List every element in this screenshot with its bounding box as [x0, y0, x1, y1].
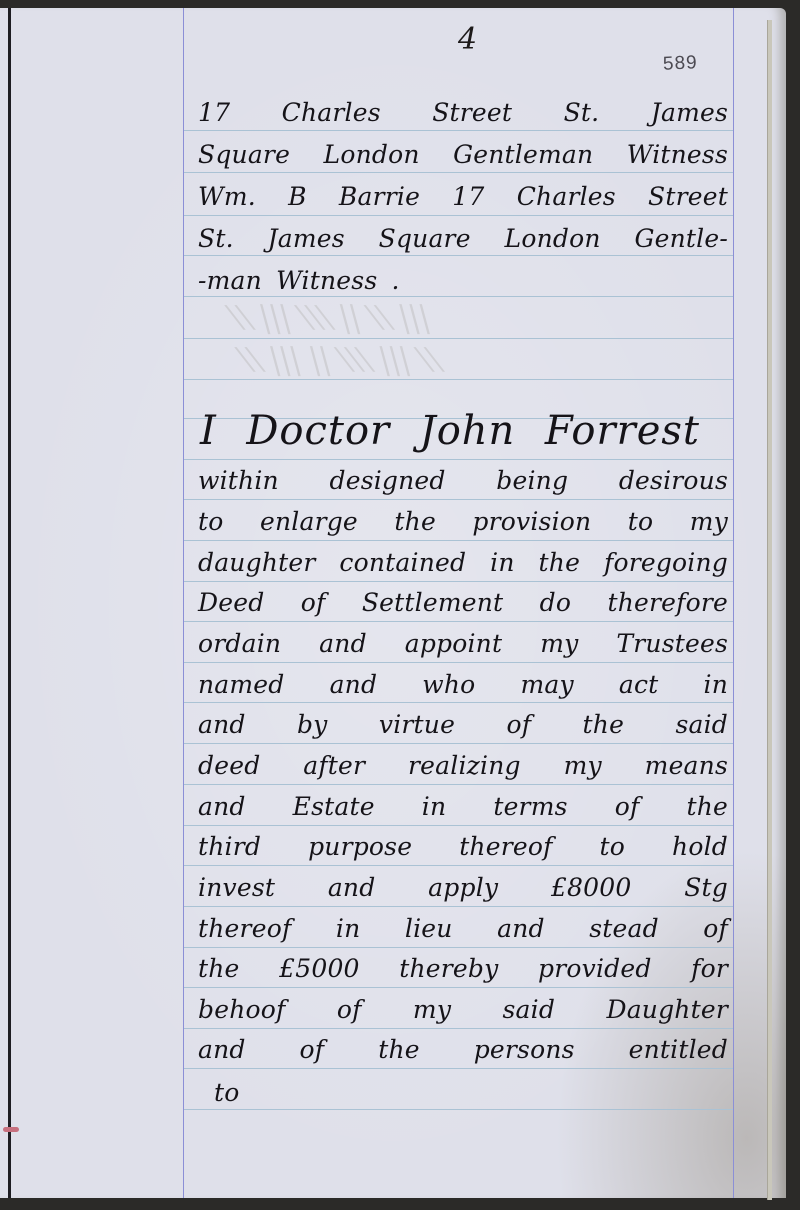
- ruled-line: [184, 743, 733, 744]
- folio-mark: 4: [458, 22, 477, 57]
- binding-gutter-line: [8, 8, 11, 1198]
- text-line: named and who may act in: [198, 670, 728, 699]
- ruled-line: [184, 1109, 733, 1110]
- ruled-line: [184, 296, 733, 297]
- text-line: Wm. B Barrie 17 Charles Street: [198, 182, 728, 211]
- ruled-line: [184, 255, 733, 256]
- text-line: to: [214, 1078, 744, 1107]
- text-line: thereof in lieu and stead of: [198, 914, 728, 943]
- text-line: ordain and appoint my Trustees: [198, 629, 728, 658]
- page-edge: [767, 20, 772, 1200]
- text-line: and of the persons entitled: [198, 1035, 728, 1064]
- ruled-line: [184, 215, 733, 216]
- text-line: to enlarge the provision to my: [198, 507, 728, 536]
- codicil-heading: I Doctor John Forrest: [200, 408, 700, 454]
- ruled-line: [184, 906, 733, 907]
- ruled-line: [184, 947, 733, 948]
- text-line: behoof of my said Daughter: [198, 995, 728, 1024]
- ruled-line: [184, 1068, 733, 1069]
- ruled-line: [184, 662, 733, 663]
- text-line: deed after realizing my means: [198, 751, 728, 780]
- text-line: the £5000 thereby provided for: [198, 954, 728, 983]
- ruled-line: [184, 379, 733, 380]
- text-line: -man Witness .: [198, 266, 728, 295]
- text-line: 17 Charles Street St. James: [198, 98, 728, 127]
- text-line: Square London Gentleman Witness: [198, 140, 728, 169]
- text-line: within designed being desirous: [198, 466, 728, 495]
- ruled-line: [184, 987, 733, 988]
- text-line: St. James Square London Gentle-: [198, 224, 728, 253]
- text-line: invest and apply £8000 Stg: [198, 873, 728, 902]
- text-line: daughter contained in the foregoing: [198, 548, 728, 577]
- ruled-line: [184, 702, 733, 703]
- ruled-line: [184, 172, 733, 173]
- ruled-line: [184, 499, 733, 500]
- ruled-line: [184, 581, 733, 582]
- left-margin-line: [183, 8, 184, 1198]
- text-line: third purpose thereof to hold: [198, 832, 728, 861]
- reference-number: 589: [662, 52, 698, 76]
- ruled-line: [184, 459, 733, 460]
- ruled-line: [184, 865, 733, 866]
- ruled-line: [184, 621, 733, 622]
- ruled-line: [184, 825, 733, 826]
- right-margin-line: [733, 8, 734, 1198]
- text-line: and by virtue of the said: [198, 710, 728, 739]
- text-line: and Estate in terms of the: [198, 792, 728, 821]
- ruled-line: [184, 784, 733, 785]
- ruled-line: [184, 540, 733, 541]
- ruled-line: [184, 1028, 733, 1029]
- ruled-line: [184, 338, 733, 339]
- binding-tab-mark: [3, 1127, 19, 1132]
- ruled-line: [184, 130, 733, 131]
- text-line: Deed of Settlement do therefore: [198, 588, 728, 617]
